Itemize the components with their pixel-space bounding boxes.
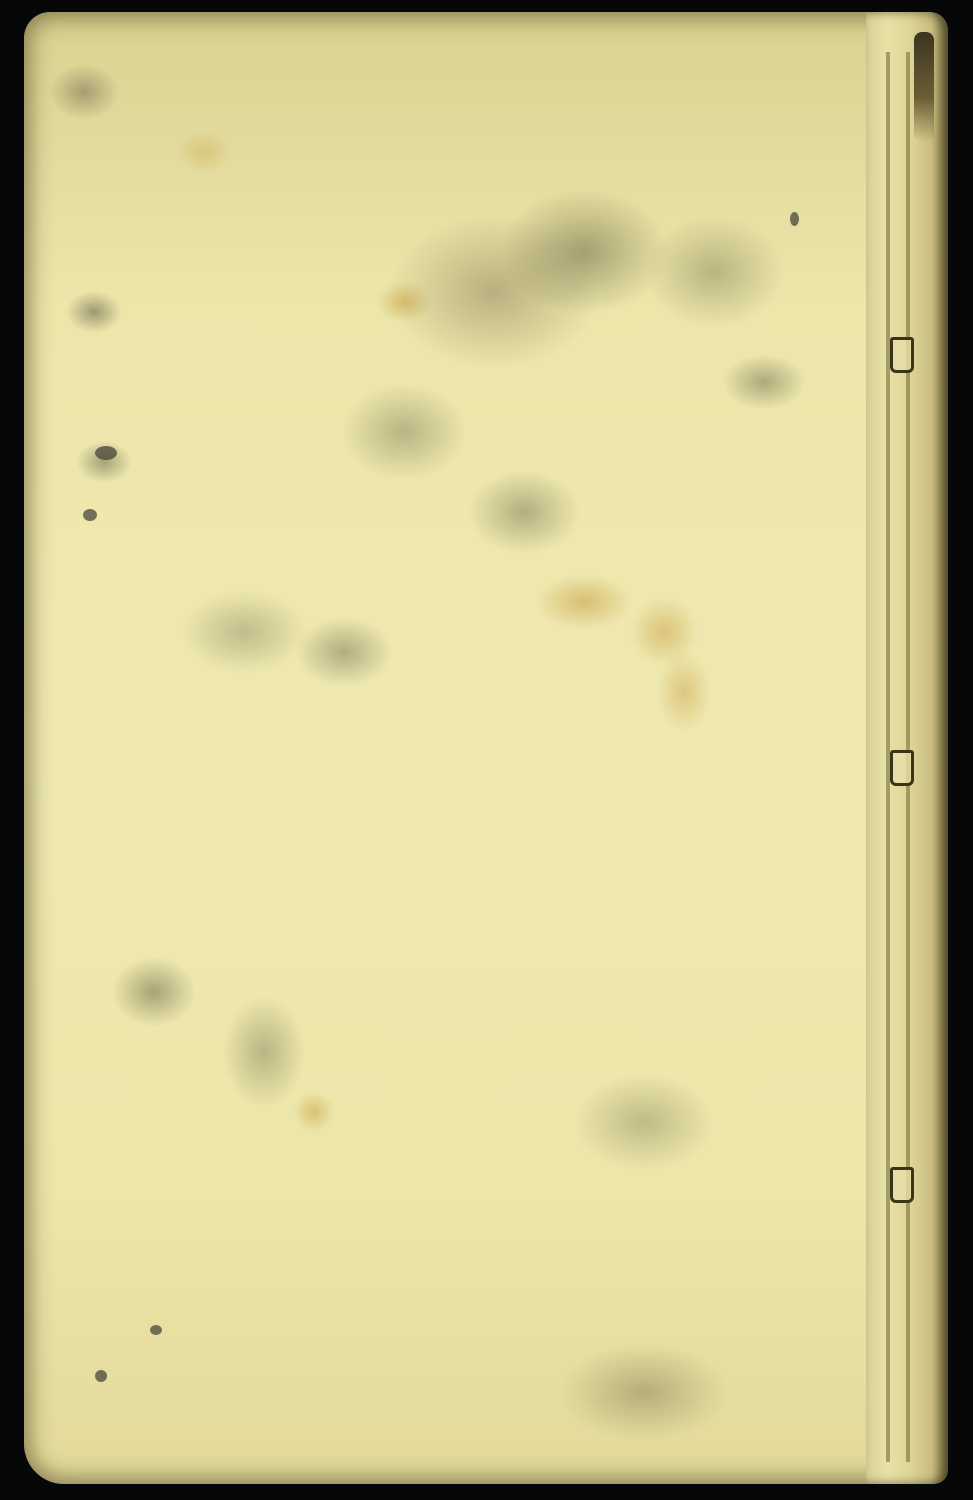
sewing-tie bbox=[890, 337, 914, 373]
mould-spot bbox=[95, 1370, 107, 1382]
mould-spot bbox=[95, 446, 117, 460]
mould-spot bbox=[83, 509, 97, 521]
book-photo bbox=[0, 0, 973, 1500]
vellum-cover bbox=[24, 12, 924, 1484]
mould-spot bbox=[790, 212, 799, 226]
sewing-tie bbox=[890, 750, 914, 786]
sewing-tie bbox=[890, 1167, 914, 1203]
mould-spot bbox=[150, 1325, 162, 1335]
book-spine bbox=[866, 12, 948, 1484]
spine-tear bbox=[914, 32, 934, 142]
